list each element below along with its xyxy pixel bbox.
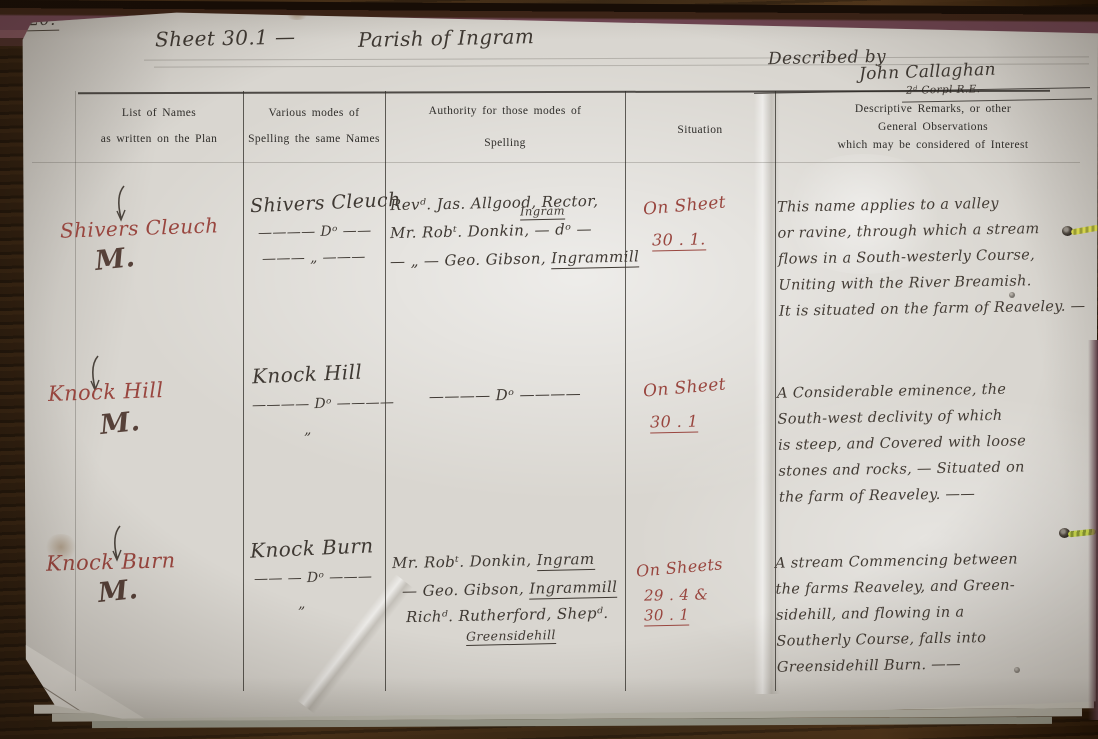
remarks-block: A stream Commencing between the farms Re… xyxy=(775,545,1089,680)
header-remarks-line3: which may be considered of Interest xyxy=(803,139,1063,151)
authority-entry: — „ — Geo. Gibson, Ingrammill xyxy=(390,247,640,270)
situation-sheet-number: 30 . 1 xyxy=(650,411,699,431)
name-book-page: 20. Sheet 30.1 — Parish of Ingram Descri… xyxy=(14,4,1098,720)
situation-entry: On Sheet xyxy=(642,374,726,401)
ditto-mark: —— — Dᵒ ——— xyxy=(254,569,373,587)
surveyor-monogram: M. xyxy=(96,574,139,609)
column-divider xyxy=(385,91,386,691)
spelling-entry: Shivers Cleuch xyxy=(250,189,402,218)
situation-sheet-number: 30 . 1 xyxy=(644,606,690,625)
authority-entry: Richᵈ. Rutherford, Shepᵈ. xyxy=(406,604,609,626)
header-remarks-line2: General Observations xyxy=(803,121,1063,133)
surveyor-monogram: M. xyxy=(98,406,141,441)
plan-name: Knock Burn xyxy=(46,548,176,575)
header-authority-line2: Spelling xyxy=(395,137,615,149)
ditto-mark: „ xyxy=(298,596,306,612)
authority-entry: Greensidehill xyxy=(466,627,556,644)
ditto-mark: ———— Dᵒ ———— xyxy=(252,395,395,414)
authority-entry: Mr. Robᵗ. Donkin, — dᵒ — xyxy=(390,220,592,242)
situation-sheet-number: 30 . 1. xyxy=(652,229,706,249)
ditto-mark: ———— Dᵒ —— xyxy=(258,223,372,241)
situation-entry: On Sheet xyxy=(642,192,726,219)
pin-hole xyxy=(1014,667,1020,673)
plan-name: Knock Hill xyxy=(48,378,164,406)
authority-entry: — Geo. Gibson, Ingrammill xyxy=(402,578,618,601)
header-situation: Situation xyxy=(625,124,775,136)
authority-entry: Revᵈ. Jas. Allgood, Rector, xyxy=(390,192,599,214)
situation-entry: On Sheets xyxy=(635,554,723,581)
authority-entry: Mr. Robᵗ. Donkin, Ingram xyxy=(392,550,595,572)
surveyor-signature: John Callaghan xyxy=(859,60,997,85)
ditto-mark: ——— „ ——— xyxy=(262,249,366,267)
situation-sheet-number: 29 . 4 & xyxy=(644,585,709,604)
paper-crease xyxy=(297,574,413,714)
surveyor-monogram: M. xyxy=(93,242,136,277)
column-divider xyxy=(625,91,626,691)
remarks-block: This name applies to a valley or ravine,… xyxy=(777,189,1091,324)
table-header-rule xyxy=(32,162,1080,163)
plan-name: Shivers Cleuch xyxy=(60,213,219,243)
header-spelling-line2: Spelling the same Names xyxy=(214,133,414,145)
header-remarks-line1: Descriptive Remarks, or other xyxy=(803,103,1063,115)
sheet-heading: Sheet 30.1 — xyxy=(155,25,296,52)
photographed-name-book-scene: 20. Sheet 30.1 — Parish of Ingram Descri… xyxy=(0,0,1098,739)
parish-heading: Parish of Ingram xyxy=(358,24,535,52)
pin-hole xyxy=(1009,292,1015,298)
spelling-entry: Knock Burn xyxy=(250,533,374,562)
heading-rule xyxy=(144,56,1089,60)
ditto-mark: „ xyxy=(304,422,312,438)
book-dyed-right-edge xyxy=(1088,340,1098,720)
spelling-entry: Knock Hill xyxy=(252,360,363,389)
authority-place-note: Ingram xyxy=(520,204,565,221)
header-spelling-line1: Various modes of xyxy=(214,107,414,119)
remarks-block: A Considerable eminence, the South-west … xyxy=(777,375,1091,510)
header-authority-line1: Authority for those modes of xyxy=(395,105,615,117)
authority-entry: ———— Dᵒ ———— xyxy=(390,384,620,407)
column-divider xyxy=(243,91,244,691)
table-top-rule xyxy=(78,90,1050,94)
